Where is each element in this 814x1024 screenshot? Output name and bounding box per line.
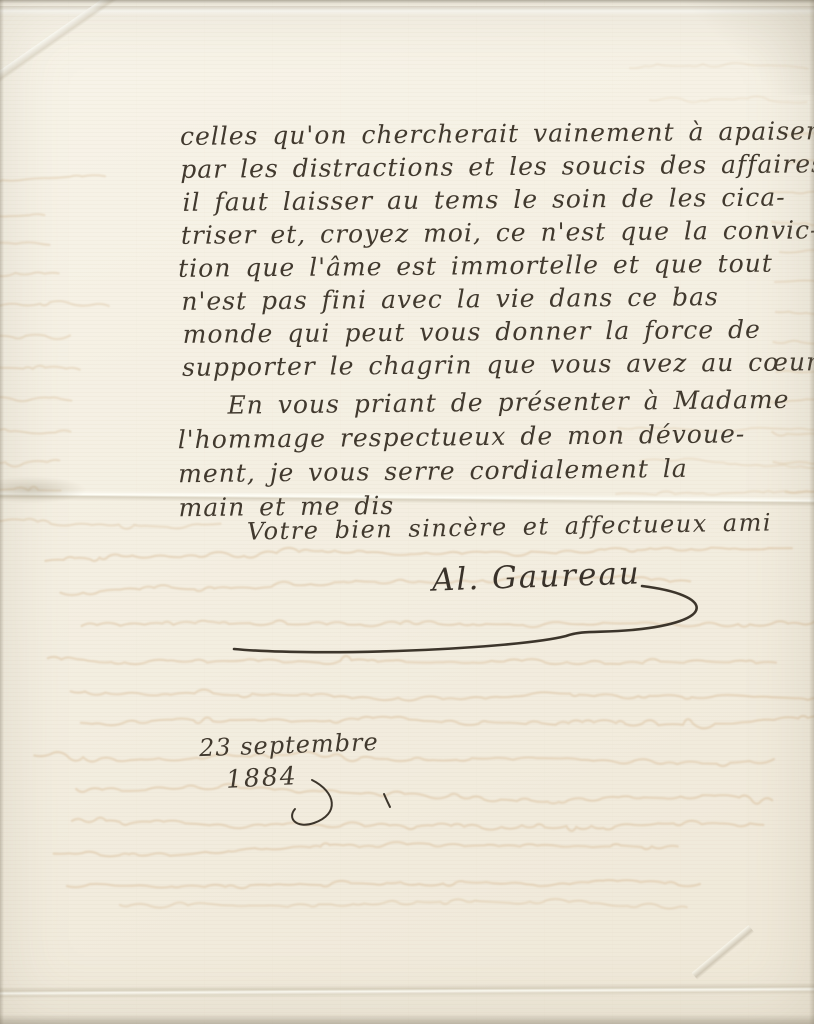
scan-edge-top [0, 0, 814, 4]
fold-crease-bottom [0, 982, 814, 999]
letter-line: tion que l'âme est immortelle et que tou… [178, 246, 814, 285]
letter-paragraph-2: En vous priant de présenter à Madame l'h… [177, 383, 790, 525]
letter-paragraph-1: celles qu'on chercherait vainement à apa… [180, 114, 814, 384]
date-year: 1884 [225, 761, 298, 794]
scan-edge-bottom [0, 1014, 814, 1024]
date-day-month: 23 septembre [199, 728, 380, 762]
letter-line: monde qui peut vous donner la force de [183, 312, 814, 351]
fold-crease-top-left-corner [0, 0, 154, 95]
letter-line: n'est pas fini avec la vie dans ce bas [181, 279, 814, 318]
letter-line: supporter le chagrin que vous avez au cœ… [182, 345, 814, 384]
scan-edge-left [0, 0, 4, 1024]
corner-shadow [664, 0, 814, 95]
letter-line: l'hommage respectueux de mon dévoue- [178, 417, 790, 457]
letter-line: celles qu'on chercherait vainement à apa… [180, 114, 814, 153]
letter-line: par les distractions et les soucis des a… [180, 147, 814, 186]
crease-smudge [0, 476, 87, 504]
letter-page: celles qu'on chercherait vainement à apa… [0, 0, 814, 1024]
letter-line: triser et, croyez moi, ce n'est que la c… [181, 213, 814, 252]
date-flourish [288, 766, 428, 846]
fold-crease-top [0, 6, 814, 15]
paper-wrinkle [692, 925, 754, 979]
letter-line: il faut laisser au tems le soin de les c… [182, 180, 814, 219]
signature-name: Al. Gaureau [431, 555, 641, 598]
